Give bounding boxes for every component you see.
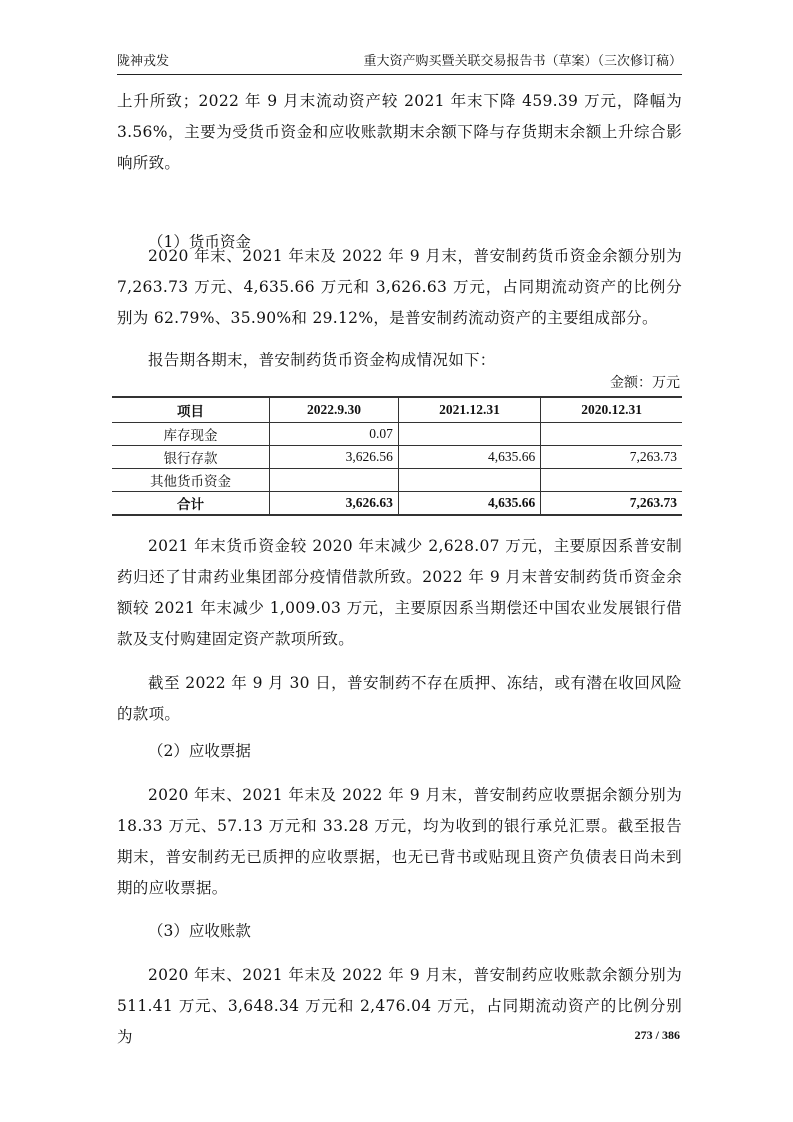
paragraph-accounts-receivable: 2020 年末、2021 年末及 2022 年 9 月末，普安制药应收账款余额分… <box>117 960 682 1053</box>
table-header-row: 项目 2022.9.30 2021.12.31 2020.12.31 <box>112 397 682 423</box>
document-title: 重大资产购买暨关联交易报告书（草案）（三次修订稿） <box>363 52 682 72</box>
cell-2021 <box>398 423 540 446</box>
paragraph-cash-change-explanation: 2021 年末货币资金较 2020 年末减少 2,628.07 万元，主要原因系… <box>117 531 682 655</box>
company-name: 陇神戎发 <box>117 52 169 72</box>
cell-2020 <box>541 423 682 446</box>
table-unit-label: 金额：万元 <box>610 373 680 393</box>
page-header: 陇神戎发 重大资产购买暨关联交易报告书（草案）（三次修订稿） <box>117 51 682 75</box>
paragraph-no-pledged-funds: 截至 2022 年 9 月 30 日，普安制药不存在质押、冻结，或有潜在收回风险… <box>117 668 682 730</box>
section-heading-notes-receivable: （2）应收票据 <box>148 736 251 767</box>
total-2020: 7,263.73 <box>541 492 682 516</box>
table-total-row: 合计 3,626.63 4,635.66 7,263.73 <box>112 492 682 516</box>
paragraph-cash-balance: 2020 年末、2021 年末及 2022 年 9 月末，普安制药货币资金余额分… <box>117 241 682 334</box>
column-header-item: 项目 <box>112 397 270 423</box>
table-row: 其他货币资金 <box>112 469 682 492</box>
total-2021: 4,635.66 <box>398 492 540 516</box>
paragraph-notes-receivable: 2020 年末、2021 年末及 2022 年 9 月末，普安制药应收票据余额分… <box>117 780 682 904</box>
cash-composition-table: 项目 2022.9.30 2021.12.31 2020.12.31 库存现金 … <box>112 396 682 516</box>
total-label: 合计 <box>112 492 270 516</box>
section-heading-accounts-receivable: （3）应收账款 <box>148 916 251 947</box>
row-label: 库存现金 <box>112 423 270 446</box>
paragraph-cash-composition-intro: 报告期各期末，普安制药货币资金构成情况如下： <box>117 345 682 376</box>
cell-2020 <box>541 469 682 492</box>
table-row: 库存现金 0.07 <box>112 423 682 446</box>
row-label: 银行存款 <box>112 446 270 469</box>
cell-2020: 7,263.73 <box>541 446 682 469</box>
cell-2022 <box>270 469 399 492</box>
column-header-2020: 2020.12.31 <box>541 397 682 423</box>
total-2022: 3,626.63 <box>270 492 399 516</box>
row-label: 其他货币资金 <box>112 469 270 492</box>
column-header-2022: 2022.9.30 <box>270 397 399 423</box>
cell-2021 <box>398 469 540 492</box>
cell-2022: 0.07 <box>270 423 399 446</box>
column-header-2021: 2021.12.31 <box>398 397 540 423</box>
cell-2021: 4,635.66 <box>398 446 540 469</box>
paragraph-current-assets-change: 上升所致；2022 年 9 月末流动资产较 2021 年末下降 459.39 万… <box>117 86 682 179</box>
page-number: 273 / 386 <box>635 1028 680 1043</box>
cell-2022: 3,626.56 <box>270 446 399 469</box>
table-row: 银行存款 3,626.56 4,635.66 7,263.73 <box>112 446 682 469</box>
